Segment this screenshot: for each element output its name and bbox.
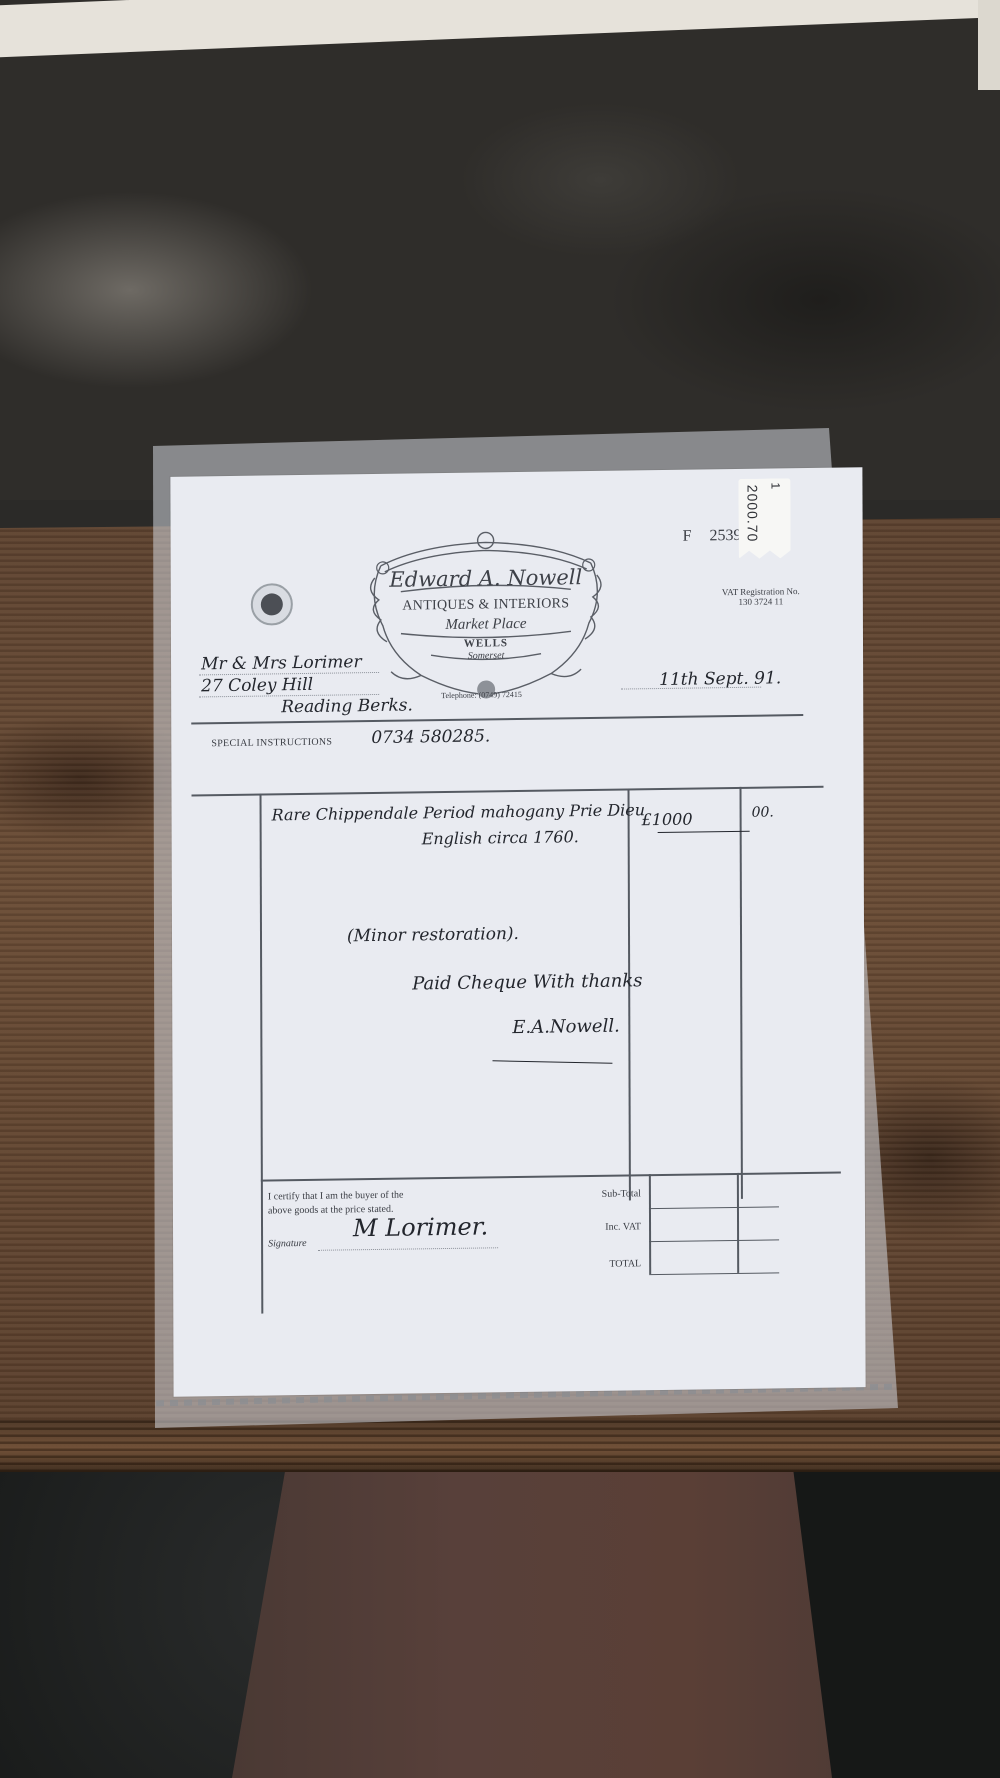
vat-registration-number: 130 3724 11 [691,596,831,608]
line-item-description: Rare Chippendale Period mahogany Prie Di… [272,800,646,824]
line-item-pence: 00. [752,804,774,820]
pounds-column-rule [628,788,631,1200]
letterhead-crest: Edward A. Nowell ANTIQUES & INTERIORS Ma… [361,523,612,706]
totals-row-rule [649,1239,779,1242]
total-label: TOTAL [561,1258,641,1270]
bench-leg [232,1460,882,1778]
customer-address-line1: 27 Coley Hill [201,675,313,697]
note-condition: (Minor restoration). [347,924,519,946]
totals-bottom-rule [649,1272,779,1275]
invoice-number: F2539. [683,527,746,546]
table-top-rule [192,786,824,796]
totals-mid-rule [737,1173,739,1273]
special-instructions-value: 0734 580285. [371,726,490,748]
signature-flourish [492,1060,612,1064]
pence-column-rule [740,787,743,1199]
vat-value [653,1222,733,1223]
buyer-signature: M Lorimer. [353,1212,488,1242]
vat-label: Inc. VAT [561,1221,641,1233]
customer-name: Mr & Mrs Lorimer [201,652,362,674]
special-instructions-label: SPECIAL INSTRUCTIONS [211,737,332,750]
bust-silhouette [261,593,283,615]
subtotal-label: Sub-Total [561,1188,641,1200]
customer-address-line2: Reading Berks. [281,695,413,717]
table-left-rule [260,794,263,1314]
line-item-pounds: £1000 [642,810,693,830]
carpet-background [0,0,1000,500]
dealer-telephone: Telephone: (0749) 72415 [441,690,522,700]
subtotal-value [653,1189,733,1190]
sticker-quantity: 1 [768,482,782,489]
dealer-street: Market Place [361,615,611,635]
totals-row-rule [649,1206,779,1209]
invoice-prefix: F [683,528,692,545]
signature-line [318,1247,498,1251]
line-item-description-cont: English circa 1760. [422,827,579,848]
white-floor-stripe-corner [978,0,1000,90]
total-value [653,1255,733,1256]
signature-label: Signature [268,1238,307,1250]
footer-top-rule [261,1171,841,1181]
price-sticker: 1 2000.70 [738,478,790,559]
portrait-seal-icon [251,583,293,626]
sticker-value: 2000.70 [744,485,760,543]
amount-underline [658,831,750,833]
totals-left-rule [649,1174,651,1274]
invoice-document: Edward A. Nowell ANTIQUES & INTERIORS Ma… [170,467,865,1397]
note-dealer-signature: E.A.Nowell. [512,1016,620,1038]
note-payment: Paid Cheque With thanks [412,970,642,994]
vat-registration: VAT Registration No. 130 3724 11 [691,586,831,608]
bench-moulded-edge [0,1420,1000,1472]
dealer-name: Edward A. Nowell [361,565,611,592]
